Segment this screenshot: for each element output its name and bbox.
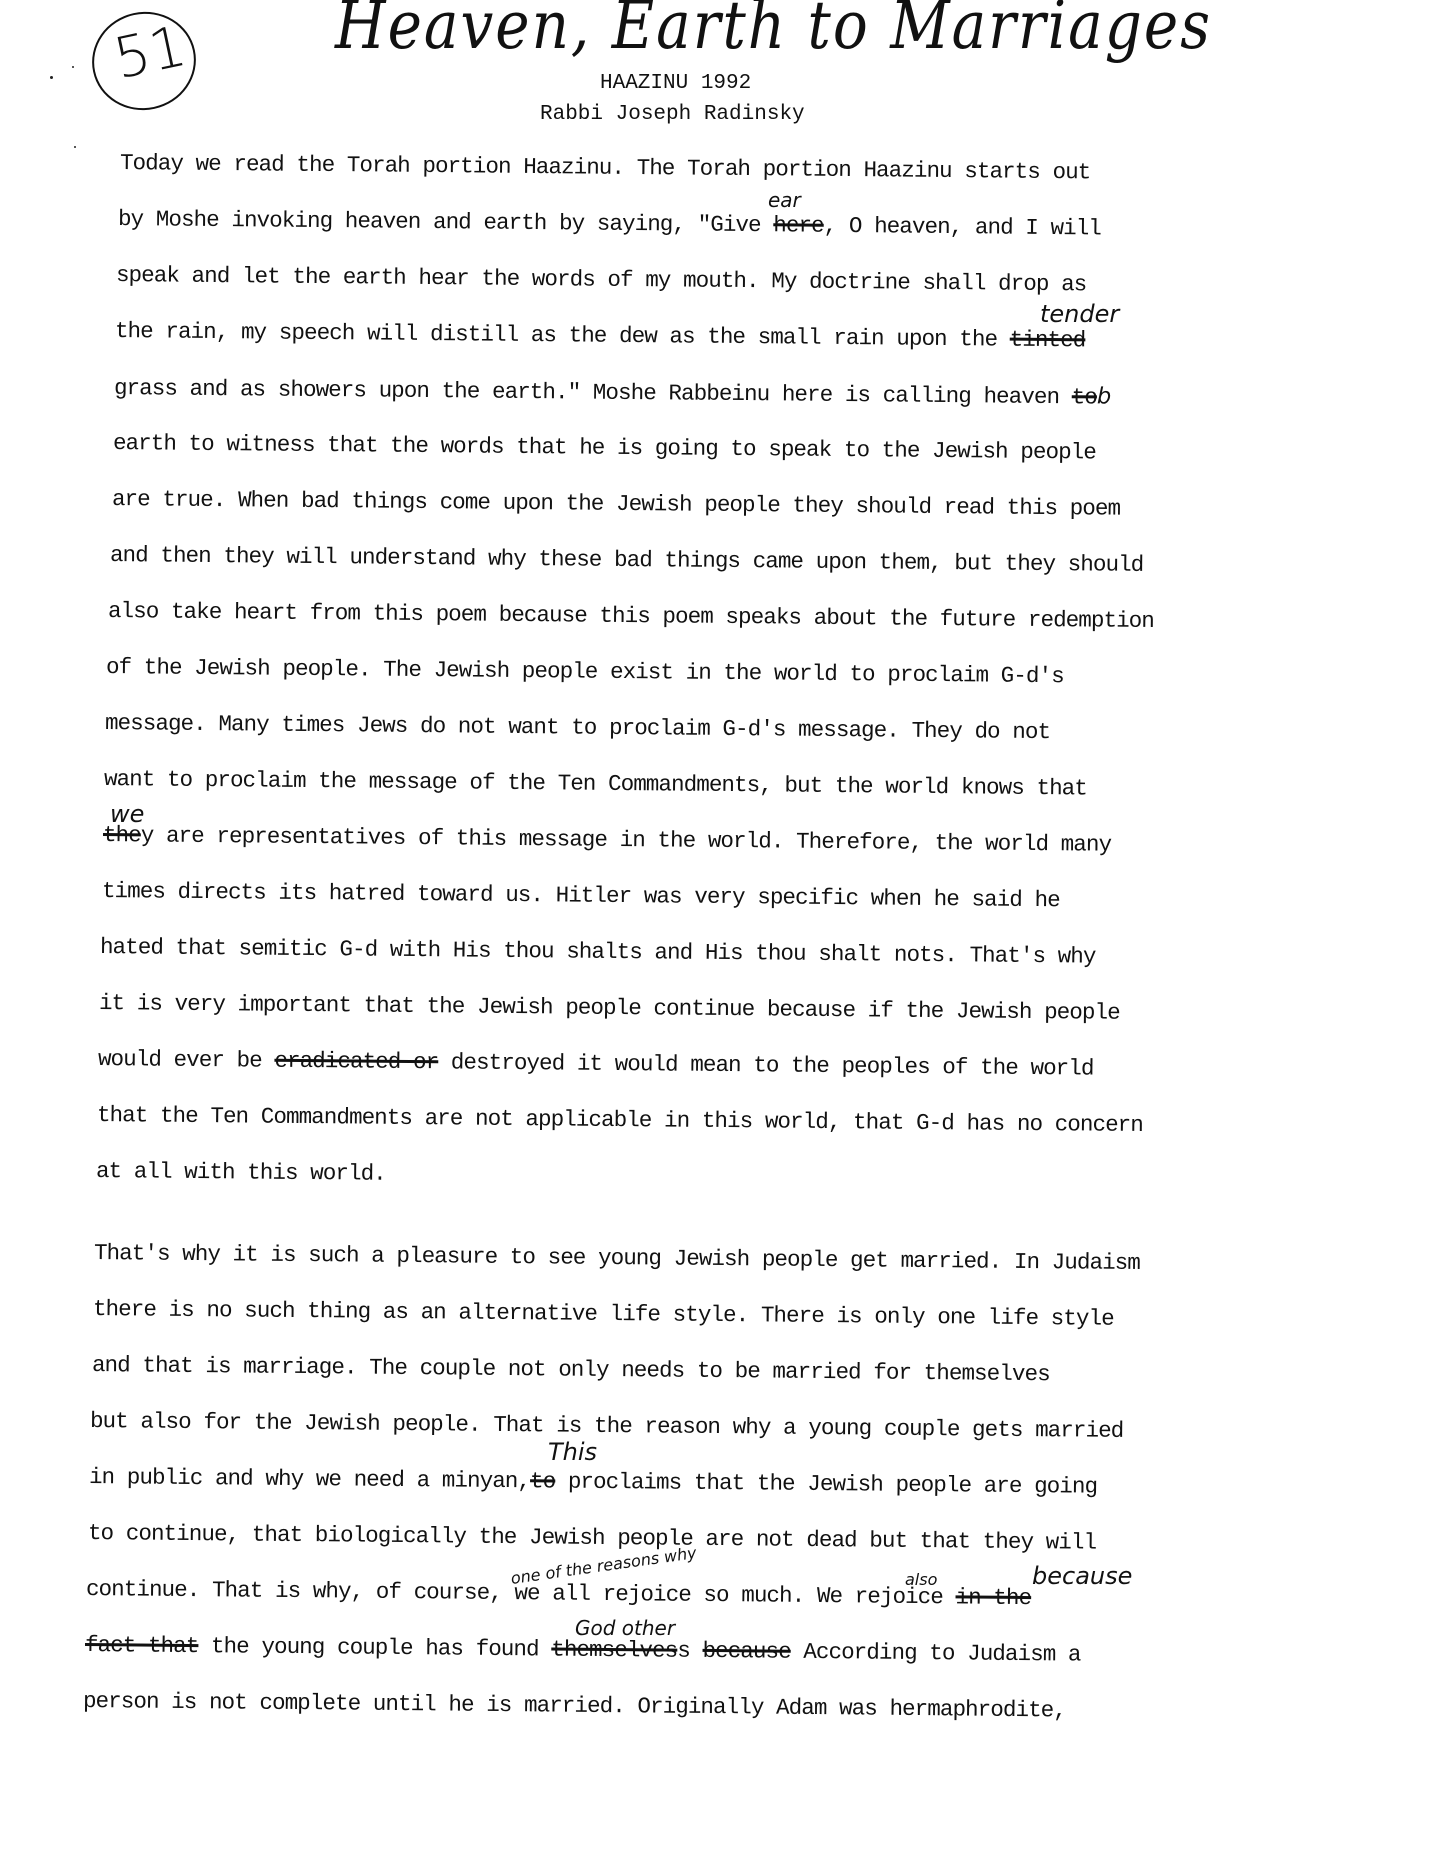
text-line: the rain, my speech will distill as the … xyxy=(115,318,1086,353)
text-line: of the Jewish people. The Jewish people … xyxy=(106,654,1064,689)
document-author: Rabbi Joseph Radinsky xyxy=(540,103,805,126)
text-line: by Moshe invoking heaven and earth by sa… xyxy=(118,206,1101,241)
handwritten-annotation: tender xyxy=(1040,300,1119,328)
text-line: would ever be eradicated or destroyed it… xyxy=(98,1046,1094,1082)
margin-mark xyxy=(50,76,53,79)
text-line: person is not complete until he is marri… xyxy=(83,1688,1066,1723)
margin-mark xyxy=(72,66,74,68)
struck-text: here xyxy=(773,212,824,238)
text-line: and then they will understand why these … xyxy=(110,542,1144,578)
struck-text: to xyxy=(530,1468,555,1494)
struck-text: themselves xyxy=(551,1636,677,1663)
page-number-circle: 51 xyxy=(83,2,205,119)
struck-text: fact that xyxy=(85,1632,199,1659)
text-line: in public and why we need a minyan,to pr… xyxy=(89,1464,1097,1500)
text-line: want to proclaim the message of the Ten … xyxy=(104,766,1087,801)
text-line: it is very important that the Jewish peo… xyxy=(99,990,1120,1026)
text-line: times directs its hatred toward us. Hitl… xyxy=(102,878,1060,913)
text-line: there is no such thing as an alternative… xyxy=(93,1296,1114,1332)
struck-text: tinted xyxy=(1010,327,1086,354)
text-line: to continue, that biologically the Jewis… xyxy=(88,1520,1096,1556)
text-line: they are representatives of this message… xyxy=(103,822,1111,858)
handwritten-annotation: ear xyxy=(768,188,801,212)
struck-text: because xyxy=(702,1638,790,1665)
text-line: are true. When bad things come upon the … xyxy=(112,486,1120,522)
handwritten-annotation: we xyxy=(110,800,144,828)
document-title: HAAZINU 1992 xyxy=(600,72,751,95)
text-line: hated that semitic G-d with His thou sha… xyxy=(100,934,1096,970)
struck-text: eradicated or xyxy=(274,1048,438,1076)
text-line: message. Many times Jews do not want to … xyxy=(105,710,1050,745)
text-line: and that is marriage. The couple not onl… xyxy=(92,1352,1050,1387)
handwritten-annotation: God other xyxy=(575,1616,675,1640)
text-line: grass and as showers upon the earth." Mo… xyxy=(114,374,1111,411)
handwritten-annotation: because xyxy=(1032,1562,1132,1590)
handwritten-title: Heaven, Earth to Marriages xyxy=(335,0,1212,64)
struck-text: to xyxy=(1072,384,1097,410)
handwritten-annotation: also xyxy=(905,1570,937,1589)
text-line: that the Ten Commandments are not applic… xyxy=(97,1102,1143,1138)
text-line: also take heart from this poem because t… xyxy=(108,598,1154,634)
text-line: at all with this world. xyxy=(96,1158,386,1187)
text-line: That's why it is such a pleasure to see … xyxy=(94,1240,1140,1276)
page-number: 51 xyxy=(109,14,192,92)
handwritten-annotation: This xyxy=(548,1438,597,1466)
margin-mark xyxy=(74,146,76,148)
text-line: but also for the Jewish people. That is … xyxy=(90,1408,1124,1444)
struck-text: in the xyxy=(955,1584,1031,1611)
text-line: Today we read the Torah portion Haazinu.… xyxy=(120,150,1091,185)
text-line: earth to witness that the words that he … xyxy=(113,430,1096,465)
text-line: speak and let the earth hear the words o… xyxy=(116,262,1087,297)
scanned-page: 51 Heaven, Earth to Marriages HAAZINU 19… xyxy=(0,0,1430,1851)
